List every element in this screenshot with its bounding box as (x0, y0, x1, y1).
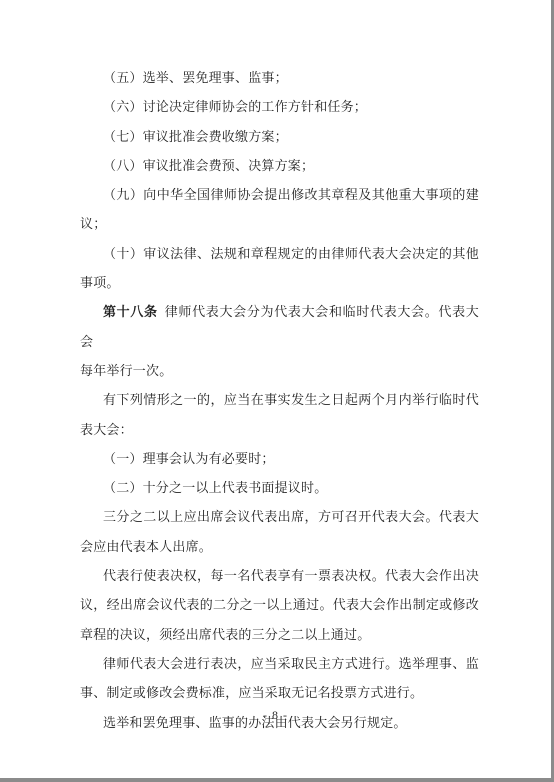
document-line: 表大会： (80, 415, 479, 444)
document-line: 议； (80, 209, 479, 238)
document-line: 事项。 (80, 268, 479, 297)
page-number: - 8 - (0, 704, 551, 726)
document-line: 每年举行一次。 (80, 356, 479, 385)
document-line: （八）审议批准会费预、决算方案； (80, 151, 479, 180)
document-line: 议，经出席会议代表的二分之一以上通过。代表大会作出制定或修改 (80, 590, 479, 619)
document-line: （六）讨论决定律师协会的工作方针和任务； (80, 92, 479, 121)
article-number: 第十八条 (103, 304, 158, 319)
document-line: 代表行使表决权，每一名代表享有一票表决权。代表大会作出决 (80, 561, 479, 590)
document-page: （五）选举、罢免理事、监事； （六）讨论决定律师协会的工作方针和任务； （七）审… (0, 0, 554, 782)
document-line: （五）选举、罢免理事、监事； (80, 63, 479, 92)
document-line: （二）十分之一以上代表书面提议时。 (80, 473, 479, 502)
document-line: 会应由代表本人出席。 (80, 532, 479, 561)
document-text-block: （五）选举、罢免理事、监事； （六）讨论决定律师协会的工作方针和任务； （七）审… (80, 63, 479, 737)
document-line: 有下列情形之一的，应当在事实发生之日起两个月内举行临时代 (80, 385, 479, 414)
document-line: （九）向中华全国律师协会提出修改其章程及其他重大事项的建 (80, 180, 479, 209)
document-line: 律师代表大会进行表决，应当采取民主方式进行。选举理事、监 (80, 649, 479, 678)
document-line-article-heading: 第十八条律师代表大会分为代表大会和临时代表大会。代表大会 (80, 297, 479, 356)
document-line: （七）审议批准会费收缴方案； (80, 122, 479, 151)
document-line: 三分之二以上应出席会议代表出席，方可召开代表大会。代表大 (80, 502, 479, 531)
document-line: 章程的决议，须经出席代表的三分之二以上通过。 (80, 620, 479, 649)
document-line: （十）审议法律、法规和章程规定的由律师代表大会决定的其他 (80, 239, 479, 268)
document-line: （一）理事会认为有必要时； (80, 444, 479, 473)
